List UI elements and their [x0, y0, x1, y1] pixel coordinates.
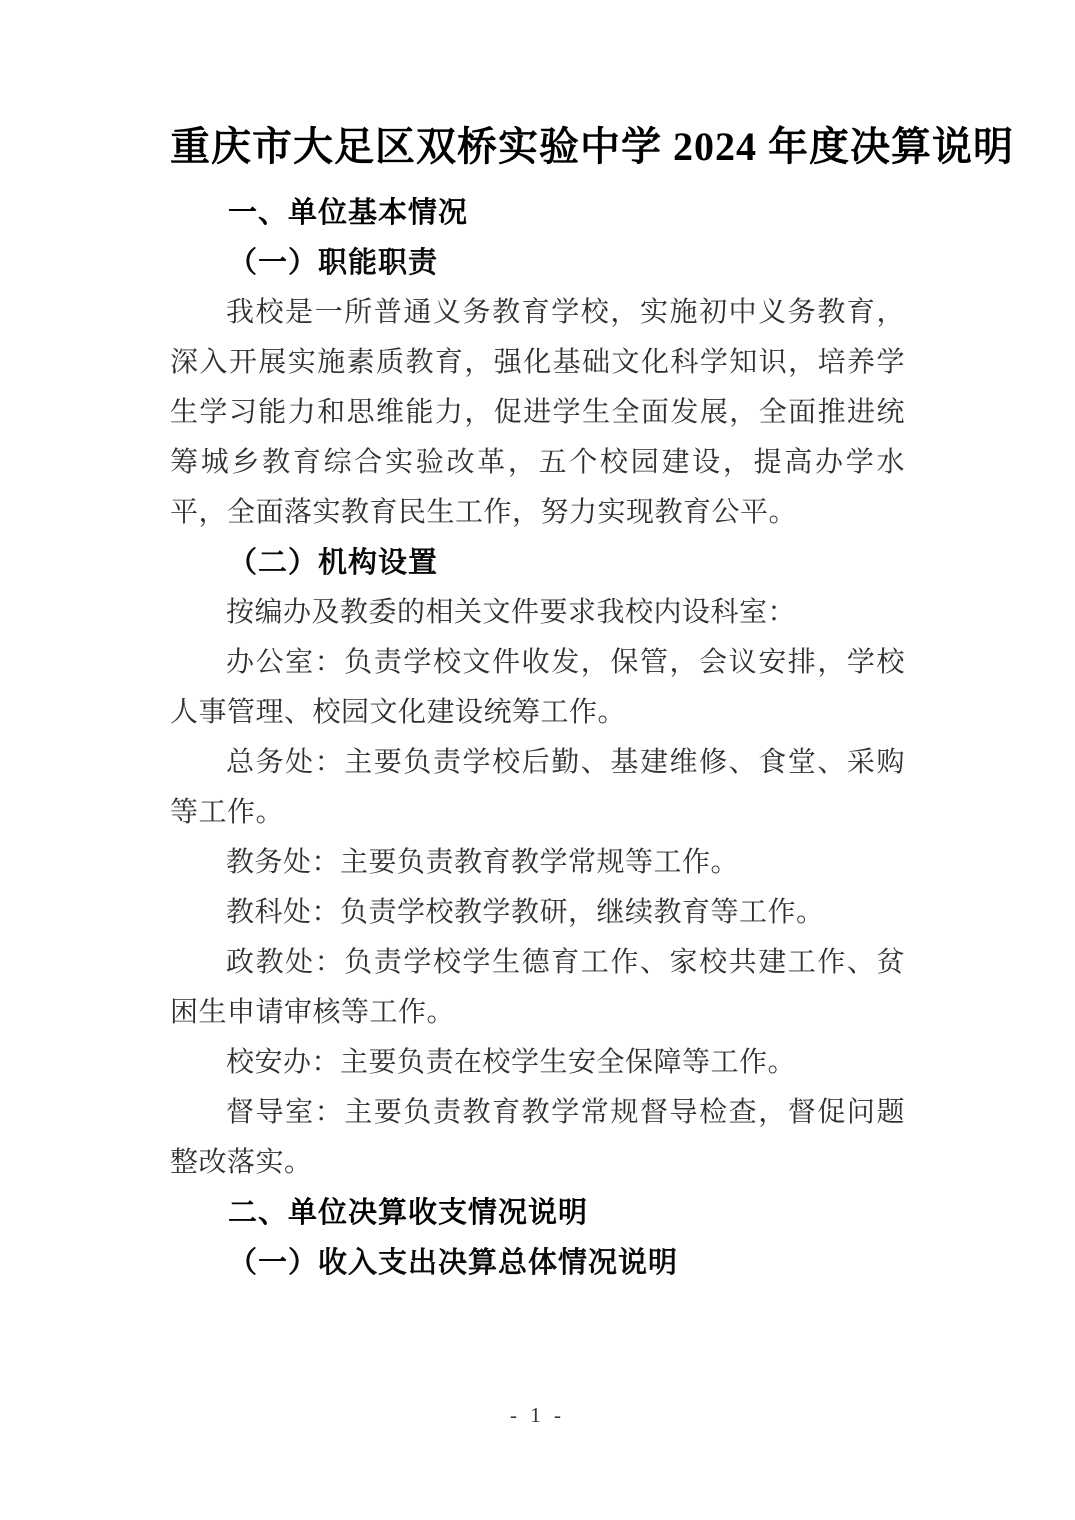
paragraph-academic-affairs-duties: 教务处：主要负责教育教学常规等工作。 [170, 838, 905, 888]
document-title: 重庆市大足区双桥实验中学 2024 年度决算说明 [170, 116, 905, 178]
paragraph-general-affairs-duties: 总务处：主要负责学校后勤、基建维修、食堂、采购等工作。 [170, 738, 905, 838]
paragraph-moral-education-duties: 政教处：负责学校学生德育工作、家校共建工作、贫困生申请审核等工作。 [170, 938, 905, 1038]
paragraph-office-duties: 办公室：负责学校文件收发，保管，会议安排，学校人事管理、校园文化建设统筹工作。 [170, 638, 905, 738]
heading-1-2-organization-setup: （二）机构设置 [170, 538, 905, 588]
paragraph-supervision-office-duties: 督导室：主要负责教育教学常规督导检查，督促问题整改落实。 [170, 1088, 905, 1188]
heading-1-1-functions-duties: （一）职能职责 [170, 238, 905, 288]
paragraph-functions-description: 我校是一所普通义务教育学校，实施初中义务教育，深入开展实施素质教育，强化基础文化… [170, 288, 905, 538]
paragraph-school-safety-duties: 校安办：主要负责在校学生安全保障等工作。 [170, 1038, 905, 1088]
heading-section-1-basic-info: 一、单位基本情况 [170, 188, 905, 238]
document-page: 重庆市大足区双桥实验中学 2024 年度决算说明 一、单位基本情况 （一）职能职… [0, 0, 1075, 1520]
page-number: - 1 - [0, 1403, 1075, 1428]
heading-2-1-income-expenditure-overview: （一）收入支出决算总体情况说明 [170, 1238, 905, 1288]
heading-section-2-budget-statement: 二、单位决算收支情况说明 [170, 1188, 905, 1238]
paragraph-teaching-research-duties: 教科处：负责学校教学教研，继续教育等工作。 [170, 888, 905, 938]
paragraph-departments-intro: 按编办及教委的相关文件要求我校内设科室： [170, 588, 905, 638]
